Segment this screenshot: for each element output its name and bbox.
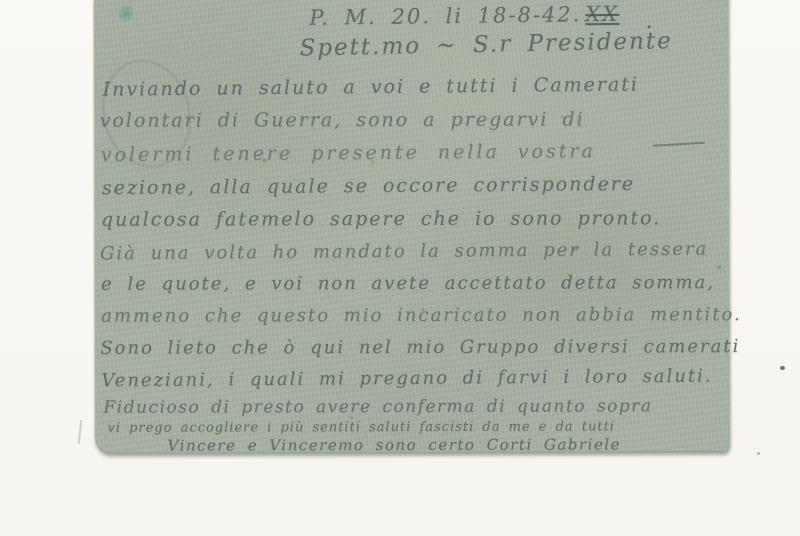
handwriting-line: vi prego accogliere i più sentiti saluti… (108, 419, 616, 435)
handwriting-line: Già una volta ho mandato la somma per la… (100, 239, 708, 265)
salutation: Spett.mo ~ S.r Presidente (299, 28, 673, 61)
handwriting-line: Veneziani, i quali mi pregano di farvi i… (101, 366, 712, 392)
closing-line: Vincere e Vinceremo sono certo Corti Gab… (168, 435, 622, 454)
foxing-spot (573, 248, 578, 252)
ink-smudge-icon (116, 3, 135, 24)
era-year: XX (581, 2, 619, 26)
dateline-text: P. M. 20. li 18-8-42. (309, 2, 581, 30)
foxing-spot (371, 160, 374, 163)
handwriting-line: Sono lieto che ò qui nel mio Gruppo dive… (100, 336, 740, 359)
dust-speck (757, 452, 760, 455)
foxing-spot (647, 25, 650, 28)
postcard: P. M. 20. li 18-8-42.XX Spett.mo ~ S.r P… (94, 0, 729, 453)
signature: Corti Gabriele (487, 435, 621, 453)
handwriting-line: sezione, alla quale se occore corrispond… (102, 173, 635, 199)
dust-speck (780, 366, 785, 370)
attestation: sono certo (376, 436, 476, 454)
handwriting-line: e le quote, e voi non avete accettato de… (101, 272, 715, 295)
foxing-spot (561, 116, 564, 119)
handwriting-line: qualcosa fatemelo sapere che io sono pro… (101, 207, 661, 230)
foxing-spot (350, 416, 354, 419)
foxing-spot (421, 308, 424, 311)
stray-stroke (653, 142, 705, 147)
foxing-spot (263, 158, 267, 162)
handwriting-line: Inviando un saluto a voi e tutti i Camer… (103, 74, 640, 101)
handwriting-line: volermi tenere presente nella vostra (101, 140, 596, 166)
slogan: Vincere e Vinceremo (168, 436, 365, 455)
dateline: P. M. 20. li 18-8-42.XX (309, 2, 619, 30)
handwriting-line: volontari di Guerra, sono a pregarvi di (100, 109, 585, 132)
handwriting-line: Fiducioso di presto avere conferma di qu… (103, 396, 652, 417)
foxing-spot (717, 265, 721, 269)
